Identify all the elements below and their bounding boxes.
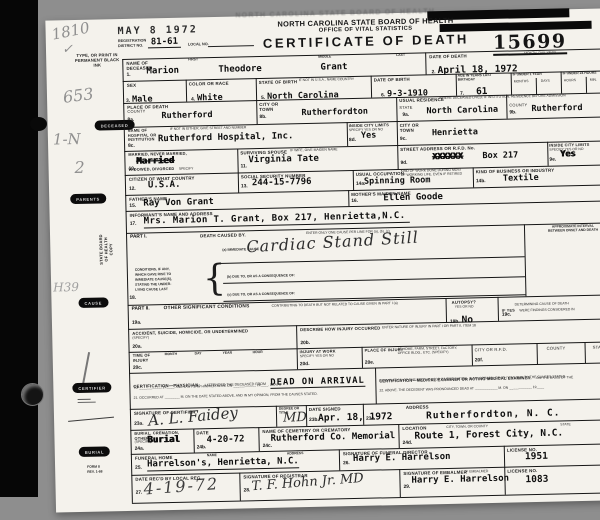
- date-signed-value: Apr. 18, 1972: [318, 411, 393, 424]
- date-signed-label: DATE SIGNED: [309, 406, 341, 412]
- grid-line: [397, 121, 399, 145]
- grid-line: [193, 429, 195, 453]
- spouse-sub: IF WIFE, GIVE MAIDEN NAME: [290, 148, 337, 153]
- findings-header: IF YES WERE FINDINGS CONSIDERED IN: [502, 297, 575, 317]
- physician-cert-line3: 21. OCCURRED AT ________ M. ON THE DATE …: [134, 393, 318, 401]
- ssn-value: 244-15-7796: [252, 177, 312, 188]
- grid-line: [536, 78, 537, 94]
- item-20f: 20f.: [475, 358, 483, 363]
- grid-line: [398, 424, 400, 448]
- col-year: YEAR: [223, 352, 233, 356]
- street-value: Box 217: [482, 150, 518, 161]
- section-tab-cause: CAUSE: [78, 297, 108, 308]
- funeral-director-value: Harry E. Harrelson: [353, 452, 451, 464]
- film-edge: [0, 0, 38, 497]
- item-16: 16.: [351, 199, 358, 204]
- margin-fine-print: [78, 399, 91, 400]
- grid-line: [397, 145, 399, 169]
- item-24c: 24c.: [263, 444, 272, 449]
- place-injury-sub-2: OFFICE BLDG., ETC. (SPECIFY): [398, 351, 449, 356]
- item-15: 15.: [129, 204, 136, 209]
- death-caused-by-label: DEATH CAUSED BY.: [200, 232, 246, 238]
- item-8a: 8a.: [127, 118, 134, 123]
- under1-label: IF UNDER 1 YEAR: [513, 73, 542, 78]
- item-20b: 20b.: [300, 341, 310, 346]
- sex-label: SEX: [127, 83, 137, 88]
- occupation-value: Spinning Room: [364, 175, 431, 186]
- inside-city-value-2: Yes: [560, 149, 576, 159]
- under1-months: MONTHS: [514, 80, 529, 84]
- inside-city-value-1: Yes: [361, 130, 377, 140]
- item-13: 13.: [241, 184, 248, 189]
- item-20d: 20d.: [300, 362, 310, 367]
- part2-label: PART II.: [132, 306, 150, 311]
- item-6: 6.: [381, 93, 385, 98]
- injury-city-label: CITY OR R.F.D.: [475, 347, 508, 353]
- conditions-note-5: LYING CAUSE LAST: [135, 288, 168, 293]
- item-8b: 8b.: [259, 115, 266, 120]
- grid-line: [425, 52, 426, 74]
- injury-at-work-sub: SPECIFY YES OR NO: [300, 354, 340, 359]
- grid-line: [445, 298, 447, 322]
- received-date-stamp: MAY 8 1972: [117, 24, 197, 37]
- res-state-label: STATE: [399, 106, 412, 111]
- item-19c: 19c.: [502, 313, 511, 318]
- due-to-c-label: (c) DUE TO, OR AS A CONSEQUENCE OF:: [227, 292, 295, 297]
- item-19a: 19a.: [132, 321, 141, 326]
- under1-days: DAYS: [541, 80, 550, 84]
- birth-state-value: North Carolina: [267, 90, 339, 102]
- middle-header: MIDDLE: [318, 55, 331, 59]
- date-of-death-sub: MONTH, DAY, YEAR: [524, 52, 556, 57]
- license2-value: 1083: [525, 474, 548, 485]
- item-9c: 9c.: [400, 137, 407, 142]
- grid-line: [258, 427, 260, 451]
- last-name-value: Grant: [320, 62, 347, 73]
- birth-state-sub: IF NOT IN U.S.A., NAME COUNTRY: [299, 78, 355, 83]
- item-26: 26.: [343, 461, 350, 466]
- res-county-value: Rutherford: [531, 103, 582, 114]
- item-9d: 9d.: [400, 161, 407, 166]
- citizen-value: U.S.A.: [148, 180, 181, 191]
- part2-note: CONTRIBUTING TO DEATH BUT NOT RELATED TO…: [272, 302, 398, 309]
- item-9b: 9b.: [509, 110, 516, 115]
- item-10: 10.: [129, 167, 136, 172]
- grid-line: [256, 78, 257, 100]
- under24-hours: HOURS: [564, 79, 576, 83]
- copy-line3: COPY: [108, 222, 114, 276]
- item-20e: 20e.: [365, 361, 374, 366]
- grid-line: [186, 80, 187, 102]
- hole-punch: [21, 383, 44, 406]
- due-to-b-label: (b) DUE TO, OR AS A CONSEQUENCE OF:: [227, 274, 295, 279]
- injury-state-label: STATE: [593, 344, 600, 349]
- race-value-line: 4.White: [191, 87, 223, 106]
- license2-label: LICENSE NO.: [507, 468, 537, 474]
- item-23c: 23c.: [366, 417, 375, 422]
- grid-line: [339, 449, 340, 470]
- item-20c: 20c.: [133, 366, 142, 371]
- cause-line-a: [219, 256, 525, 264]
- degree-value: MD: [283, 410, 307, 426]
- item-9a: 9a.: [402, 113, 409, 118]
- embalmer-value: Harry E. Harrelson: [411, 474, 509, 486]
- residence-header: USUAL RESIDENCE: [399, 97, 444, 103]
- item-24d: 24d.: [403, 441, 413, 446]
- last-header: LAST: [396, 54, 405, 58]
- item-14b: 14b.: [476, 179, 486, 184]
- disposition-type-value: Burial: [147, 435, 180, 446]
- item-29: 29.: [404, 485, 411, 490]
- first-name-value: Marion: [146, 66, 179, 77]
- grid-line: [472, 344, 473, 365]
- cemetery-value: Rutherford Co. Memorial: [270, 431, 395, 444]
- injury-county-label: COUNTY: [547, 345, 566, 350]
- pod-county-value: Rutherford: [161, 110, 212, 121]
- item-24b: 24b.: [197, 445, 207, 450]
- examiner-cert-line3: 22. ABOVE. THE DECEDENT WAS PRONOUNCED D…: [379, 386, 544, 393]
- type-instruction: TYPE, OR PRINT IN PERMANENT BLACK INK: [72, 53, 122, 69]
- pencil-stroke: [82, 352, 90, 386]
- district-no-label: DISTRICT NO.: [118, 43, 143, 48]
- middle-name-value: Theodore: [218, 64, 262, 75]
- certificate-sheet: NORTH CAROLINA STATE BOARD OF HEALTH MAY…: [45, 8, 600, 512]
- item-9e: 9e.: [549, 158, 556, 163]
- grid-line: [296, 325, 298, 348]
- street-struck: XXXXXX: [432, 152, 463, 163]
- res-city-value: Henrietta: [432, 127, 478, 138]
- item-5: 5.: [261, 96, 265, 101]
- pencil-note-top: 1810: [50, 19, 91, 44]
- item-18: 18.: [129, 296, 136, 301]
- pencil-note-h: H39: [53, 280, 79, 295]
- pod-city-value: Rutherfordton: [301, 107, 368, 118]
- local-no-label: LOCAL NO.: [188, 42, 209, 47]
- race-label: COLOR OR RACE: [189, 81, 229, 87]
- immediate-cause-value: Cardiac Stand Still: [246, 228, 419, 257]
- item-11: 11.: [241, 164, 248, 169]
- grid-line: [584, 342, 585, 363]
- race-value: White: [197, 93, 223, 104]
- grid-line: [524, 224, 527, 296]
- pod-city-label-2: TOWN: [259, 107, 273, 113]
- item-2: 2.: [432, 70, 436, 75]
- cert-address-label: ADDRESS: [406, 404, 429, 410]
- grid-line: [504, 446, 505, 467]
- microfilm-background: NORTH CAROLINA STATE BOARD OF HEALTH MAY…: [0, 0, 600, 520]
- marital-sub: SPECIFY: [179, 166, 194, 170]
- how-injury-sub: ENTER NATURE OF INJURY IN PART I OR PART…: [382, 324, 476, 330]
- district-no-value: 81-61: [148, 37, 181, 49]
- item-25: 25.: [135, 466, 142, 471]
- grid-line: [238, 172, 239, 192]
- grid-line: [276, 406, 277, 427]
- under24-label: IF UNDER 24 HOURS: [563, 72, 597, 77]
- item-4: 4.: [191, 97, 195, 102]
- pencil-note-1n: 1-N: [53, 130, 81, 149]
- license1-value: 1951: [525, 451, 548, 462]
- how-injury-label: DESCRIBE HOW INJURY OCCURRED: [300, 325, 380, 332]
- grid-line: [473, 167, 474, 187]
- item-12: 12.: [129, 187, 136, 192]
- title-block: NORTH CAROLINA STATE BOARD OF HEALTH OFF…: [247, 15, 484, 51]
- item-1: 1.: [127, 73, 131, 78]
- interval-header: APPROXIMATE INTERVAL BETWEEN ONSET AND D…: [530, 224, 600, 234]
- cert-address-value: Rutherfordton, N. C.: [426, 408, 561, 422]
- under24-min: MIN.: [590, 79, 597, 83]
- dead-on-arrival-value: DEAD ON ARRIVAL: [270, 376, 365, 389]
- marital-value: Married: [136, 156, 174, 167]
- copy-designation: STATE BOARD OF HEALTH COPY: [99, 222, 116, 276]
- hospital-label-3: INSTITUTION: [128, 137, 155, 142]
- item-3: 3.: [126, 99, 130, 104]
- grid-line: [537, 343, 538, 364]
- grid-line: [237, 148, 239, 172]
- grid-line: [497, 297, 499, 321]
- pencil-note-2: 2: [74, 158, 85, 177]
- col-month: MONTH: [165, 353, 178, 357]
- first-header: FIRST: [188, 58, 198, 62]
- item-28: 28.: [244, 488, 251, 493]
- item-23a: 23a.: [134, 422, 143, 427]
- part1-label: PART I.: [130, 235, 147, 240]
- form-revision: REV. 1-68: [87, 470, 102, 474]
- hospital-sub: IF NOT IN EITHER, GIVE STREET AND NUMBER: [170, 126, 247, 132]
- item-17: 17.: [130, 222, 137, 227]
- conditions-brace: {: [203, 261, 227, 297]
- mother-value: Ellen Goode: [383, 192, 443, 203]
- spouse-value: Virginia Tate: [248, 154, 319, 166]
- item-8c: 8c.: [128, 144, 135, 149]
- father-value: Ray Von Grant: [143, 197, 214, 209]
- interval-line2: BETWEEN ONSET AND DEATH: [548, 228, 598, 233]
- grid-line: [348, 190, 349, 206]
- margin-line: [68, 417, 114, 422]
- margin-fine-print: [78, 402, 96, 403]
- hospital-value: Rutherford Hospital, Inc.: [158, 131, 294, 144]
- section-tab-certifier: CERTIFIER: [72, 382, 112, 393]
- item-24a: 24a.: [135, 447, 144, 452]
- part2-title: OTHER SIGNIFICANT CONDITIONS: [164, 304, 250, 312]
- item-8d: 8d.: [349, 138, 356, 143]
- col-hour: HOUR: [253, 351, 263, 355]
- location-value: Route 1, Forest City, N.C.: [414, 427, 563, 441]
- funeral-home-value: Harrelson's, Henrietta, N.C.: [147, 456, 299, 471]
- time-injury-label-2: INJURY: [133, 358, 149, 363]
- location-sub-2: STATE: [560, 423, 571, 427]
- grid-line: [371, 76, 372, 98]
- sex-value: Male: [132, 94, 153, 104]
- grid-line: [362, 347, 363, 368]
- res-city-label-2: TOWN: [400, 128, 414, 134]
- disposition-date-value: 4-20-72: [206, 434, 244, 445]
- grid-line: [239, 473, 241, 501]
- res-state-value: North Carolina: [426, 105, 498, 117]
- item-20a: 20a.: [132, 345, 141, 350]
- grid-line: [399, 469, 401, 497]
- grid-line: [353, 170, 354, 190]
- grid-line: [256, 100, 258, 124]
- pod-county-label: COUNTY: [127, 110, 145, 115]
- industry-value: Textile: [503, 173, 539, 184]
- accident-sub: (SPECIFY): [132, 336, 149, 340]
- col-day: DAY: [195, 352, 202, 356]
- res-county-label: COUNTY: [509, 103, 527, 108]
- item-27: 27.: [136, 491, 143, 496]
- grid-line: [586, 77, 587, 93]
- grid-line: [375, 368, 377, 404]
- section-tab-parents: PARENTS: [70, 193, 106, 204]
- section-tab-burial: BURIAL: [79, 446, 111, 457]
- grid-line: [297, 348, 298, 369]
- hole-punch: [30, 117, 47, 131]
- pencil-note-653: 653: [62, 84, 95, 107]
- findings-line2: WERE FINDINGS CONSIDERED IN: [519, 307, 574, 312]
